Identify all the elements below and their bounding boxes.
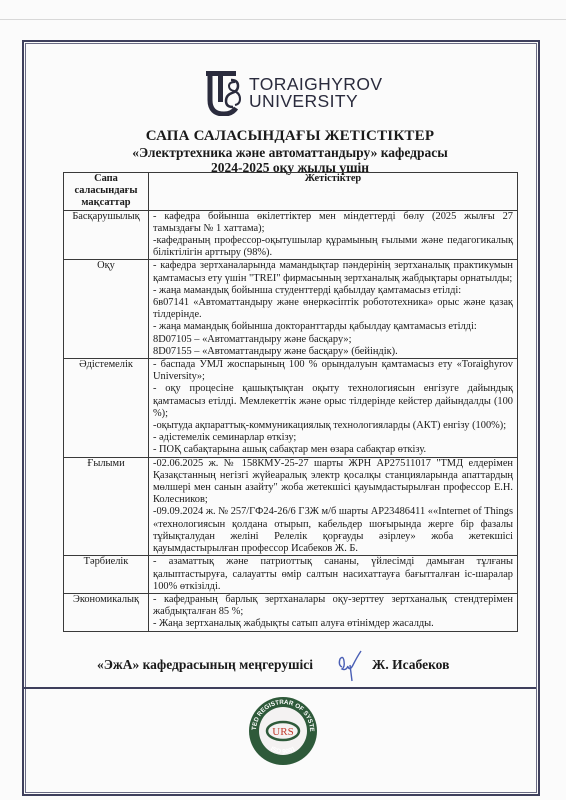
urs-iso-certification-stamp-icon: UNITED REGISTRAR OF SYSTEMS ISO 9001 URS	[247, 695, 319, 772]
achievement-item: -09.09.2024 ж. № 257/ГФ24-26/6 ГЗЖ м/б ш…	[153, 506, 513, 555]
achievement-item: - әдістемелік семинарлар өткізу;	[153, 432, 513, 444]
achievement-item: - жаңа мамандық бойынша докторанттарды қ…	[153, 321, 513, 333]
table-row: Оқу- кафедра зертханаларында мамандықтар…	[64, 260, 518, 359]
achievements-cell: -02.06.2025 ж. № 158КМУ-25-27 шарты ЖРН …	[149, 457, 518, 556]
signatory-name: Ж. Исабеков	[372, 657, 449, 673]
goal-cell: Әдістемелік	[64, 359, 149, 458]
achievements-cell: - баспада УМЛ жоспарының 100 % орындалуы…	[149, 359, 518, 458]
document-title: САПА САЛАСЫНДАҒЫ ЖЕТІСТІКТЕР	[40, 128, 540, 145]
handwritten-signature-icon	[336, 649, 364, 687]
achievements-cell: - кафедра зертханаларында мамандықтар пә…	[149, 260, 518, 359]
achievement-item: - жаңа мамандық бойынша студенттерді қаб…	[153, 285, 513, 297]
achievement-item: - ПОҚ сабақтарына ашық сабақтар мен өзар…	[153, 444, 513, 456]
achievement-item: - кафедра зертханаларында мамандықтар пә…	[153, 260, 513, 284]
table-row: Басқарушылық- кафедра бойынша өкілеттікт…	[64, 210, 518, 260]
goal-cell: Оқу	[64, 260, 149, 359]
achievement-item: - баспада УМЛ жоспарының 100 % орындалуы…	[153, 359, 513, 383]
goal-cell: Басқарушылық	[64, 210, 149, 260]
goal-cell: Экономикалық	[64, 593, 149, 631]
svg-text:URS: URS	[272, 726, 293, 738]
header-line: Сапа	[68, 173, 144, 185]
achievements-cell: - азаматтық және патриоттық сананы, үйле…	[149, 556, 518, 594]
achievement-item: - оқу процесіне қашықтықтан оқыту технол…	[153, 383, 513, 420]
table-row: Әдістемелік- баспада УМЛ жоспарының 100 …	[64, 359, 518, 458]
table-row: Экономикалық- кафедраның барлық зертхана…	[64, 593, 518, 631]
achievement-item: -02.06.2025 ж. № 158КМУ-25-27 шарты ЖРН …	[153, 458, 513, 507]
achievements-cell: - кафедра бойынша өкілеттіктер мен мінде…	[149, 210, 518, 260]
header-line: саласындағы	[68, 185, 144, 197]
university-logo: TORAIGHYROV UNIVERSITY	[205, 70, 382, 116]
goal-cell: Тәрбиелік	[64, 556, 149, 594]
page-top-edge	[0, 19, 566, 20]
table-row: Тәрбиелік- азаматтық және патриоттық сан…	[64, 556, 518, 594]
goal-cell: Ғылыми	[64, 457, 149, 556]
achievement-item: - кафедраның барлық зертханалары оқу-зер…	[153, 594, 513, 618]
achievement-item: - азаматтық және патриоттық сананы, үйле…	[153, 556, 513, 593]
department-name: «Электртехника және автоматтандыру» кафе…	[40, 145, 540, 160]
signature-divider	[24, 687, 536, 689]
logo-line-2: UNIVERSITY	[249, 93, 382, 110]
table-header-row: Сапа саласындағы мақсаттар Жетістіктер	[64, 173, 518, 211]
achievement-item: - кафедра бойынша өкілеттіктер мен мінде…	[153, 211, 513, 235]
table-row: Ғылыми-02.06.2025 ж. № 158КМУ-25-27 шарт…	[64, 457, 518, 556]
achievement-item: 8D07105 – «Автоматтандыру және басқару»;	[153, 334, 513, 346]
achievement-item: 6в07141 «Автоматтандыру және өнеркәсіпті…	[153, 297, 513, 321]
achievement-item: 8D07155 – «Автоматтандыру және басқару» …	[153, 346, 513, 358]
achievements-cell: - кафедраның барлық зертханалары оқу-зер…	[149, 593, 518, 631]
achievements-table: Сапа саласындағы мақсаттар Жетістіктер Б…	[63, 172, 518, 632]
achievement-item: -оқытуда ақпараттық-коммуникациялық техн…	[153, 420, 513, 432]
achievement-item: -кафедраның профессор-оқытушылар құрамын…	[153, 235, 513, 259]
column-header-achievements: Жетістіктер	[149, 173, 518, 211]
header-line: мақсаттар	[68, 197, 144, 209]
column-header-goals: Сапа саласындағы мақсаттар	[64, 173, 149, 211]
signatory-position: «ЭжА» кафедрасының меңгерушісі	[97, 657, 313, 673]
achievement-item: - Жаңа зертханалық жабдықты сатып алуға …	[153, 618, 513, 630]
toraighyrov-university-logo-icon	[205, 70, 243, 116]
document-header: САПА САЛАСЫНДАҒЫ ЖЕТІСТІКТЕР «Электртехн…	[40, 128, 540, 175]
